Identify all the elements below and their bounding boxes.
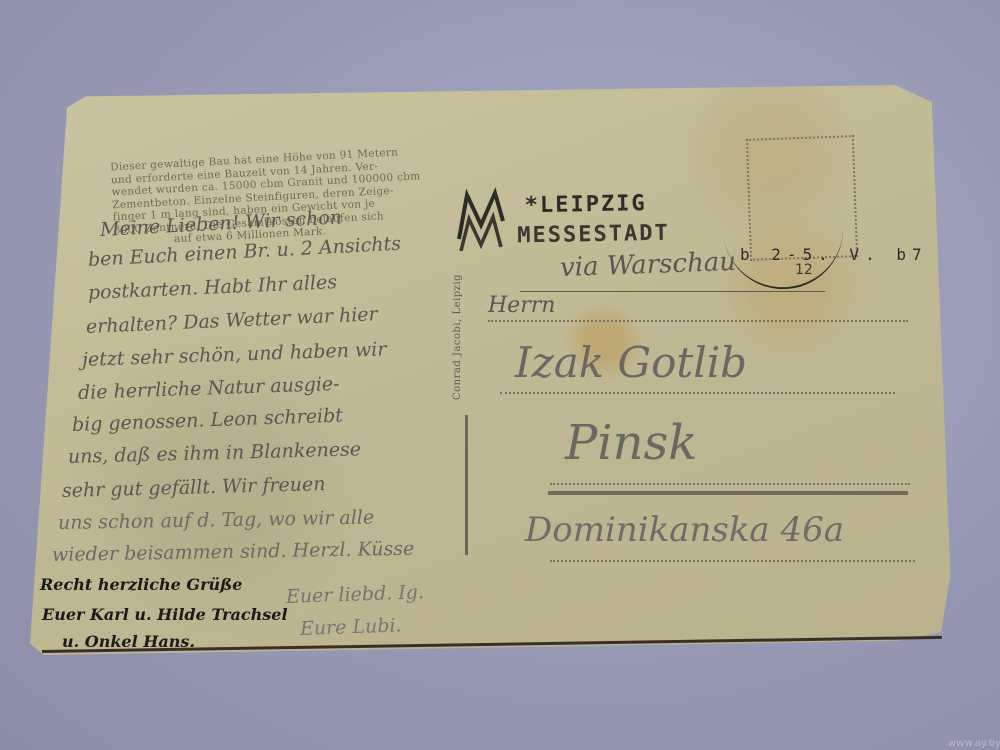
message-line: uns schon auf d. Tag, wo wir alle	[58, 502, 375, 538]
ink-note-line: u. Onkel Hans.	[62, 632, 195, 651]
cancel-date: b 2-5. V. b7	[740, 245, 928, 264]
routing-note: via Warschau	[560, 247, 737, 283]
address-line-4	[550, 560, 915, 562]
message-signature: Euer liebd. Ig.	[285, 577, 424, 612]
leipzig-fair-mm-logo-icon	[455, 187, 525, 252]
cancel-number: 12	[795, 262, 813, 278]
watermark: www.ay.by	[948, 738, 1000, 749]
address-salutation: Herrn	[488, 293, 555, 318]
postmark-line-1: *LEIPZIG	[524, 189, 669, 222]
ink-note-line: Euer Karl u. Hilde Trachsel	[42, 605, 288, 624]
publisher-imprint: Conrad Jacobi, Leipzig	[452, 274, 463, 400]
address-line-bold	[548, 491, 908, 495]
address-line-3	[550, 483, 910, 485]
address-city: Pinsk	[565, 415, 697, 471]
postmark-slogan: *LEIPZIG MESSESTADT	[524, 189, 669, 252]
address-line-1	[488, 320, 908, 322]
address-line-2	[500, 392, 895, 394]
postmark-line-2: MESSESTADT	[517, 219, 670, 252]
message-line: wieder beisammen sind. Herzl. Küsse	[52, 534, 415, 570]
routing-underline	[520, 291, 825, 292]
address-recipient: Izak Gotlib	[515, 338, 747, 387]
ink-note-line: Recht herzliche Grüße	[40, 575, 242, 594]
address-street: Dominikanska 46a	[525, 510, 844, 550]
center-divider	[465, 415, 468, 555]
message-signature: Eure Lubi.	[299, 610, 402, 644]
